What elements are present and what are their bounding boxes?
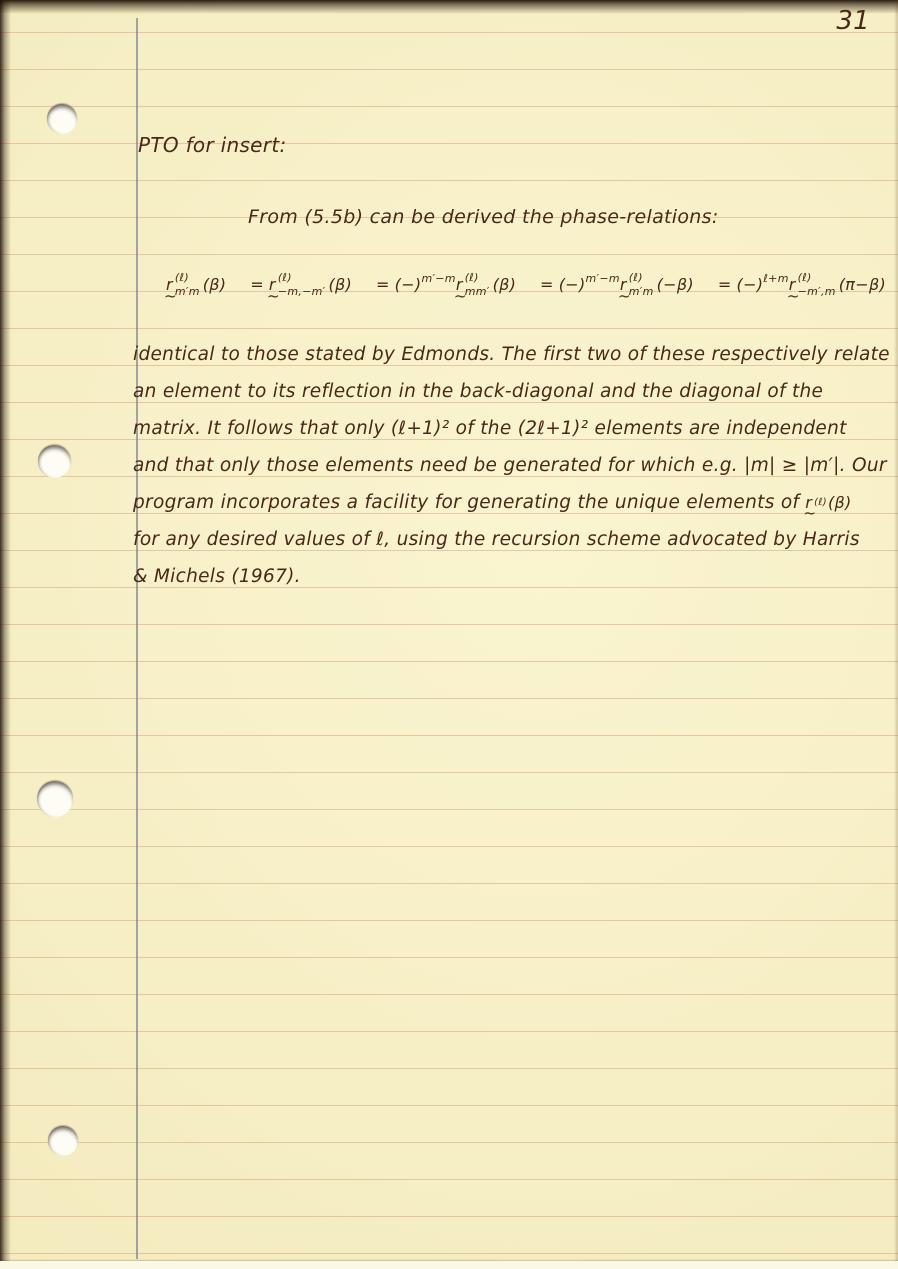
rotation-matrix-symbol: r~: [166, 275, 174, 294]
punch-hole: [38, 445, 71, 478]
body-line: & Michels (1967).: [133, 558, 893, 595]
body-line: program incorporates a facility for gene…: [133, 484, 893, 521]
body-line: an element to its reflection in the back…: [133, 373, 893, 410]
body-line: identical to those stated by Edmonds. Th…: [133, 336, 893, 373]
rotation-matrix-symbol: r~: [269, 275, 277, 294]
equation-term: = (−)m′−m r~(ℓ)m′m(−β): [540, 270, 694, 298]
rotation-matrix-symbol: r~: [805, 484, 813, 521]
rotation-matrix-symbol: r~: [456, 275, 464, 294]
equation-term: = r~(ℓ)−m,−m′(β): [250, 270, 352, 298]
scan-edge-bottom: [0, 1261, 898, 1269]
pto-note: PTO for insert:: [138, 133, 287, 157]
equation-term: = (−)m′−m r~(ℓ)mm′(β): [376, 270, 516, 298]
body-line: for any desired values of ℓ, using the r…: [133, 521, 893, 558]
margin-line: [136, 18, 138, 1259]
body-line: and that only those elements need be gen…: [133, 447, 893, 484]
phase-relations-equation: r~(ℓ)m′m(β) = r~(ℓ)−m,−m′(β) = (−)m′−m r…: [166, 258, 886, 310]
intro-sentence: From (5.5b) can be derived the phase-rel…: [248, 206, 719, 228]
scan-edge-right: [894, 0, 898, 1269]
sign-factor: (−)m′−m: [559, 275, 620, 294]
rotation-matrix-symbol: r~: [789, 275, 797, 294]
punch-hole: [37, 781, 73, 817]
scanned-notebook-page: 31 PTO for insert: From (5.5b) can be de…: [0, 0, 898, 1269]
page-number: 31: [836, 6, 870, 36]
scan-edge-left: [0, 0, 11, 1269]
scan-edge-top: [0, 0, 898, 14]
equation-term: r~(ℓ)m′m(β): [166, 270, 226, 298]
ruled-lines: [0, 0, 898, 1269]
body-line: matrix. It follows that only (ℓ+1)² of t…: [133, 410, 893, 447]
body-paragraph: identical to those stated by Edmonds. Th…: [133, 336, 893, 595]
rotation-matrix-symbol: r~: [620, 275, 628, 294]
sign-factor: (−)ℓ+m: [737, 275, 789, 294]
r-matrix-inline-symbol: r~(ℓ)(β): [805, 484, 851, 521]
punch-hole: [48, 1126, 78, 1156]
sign-factor: (−)m′−m: [395, 275, 456, 294]
equation-term: = (−)ℓ+m r~(ℓ)−m′,m(π−β): [718, 270, 886, 298]
punch-hole: [47, 104, 77, 134]
